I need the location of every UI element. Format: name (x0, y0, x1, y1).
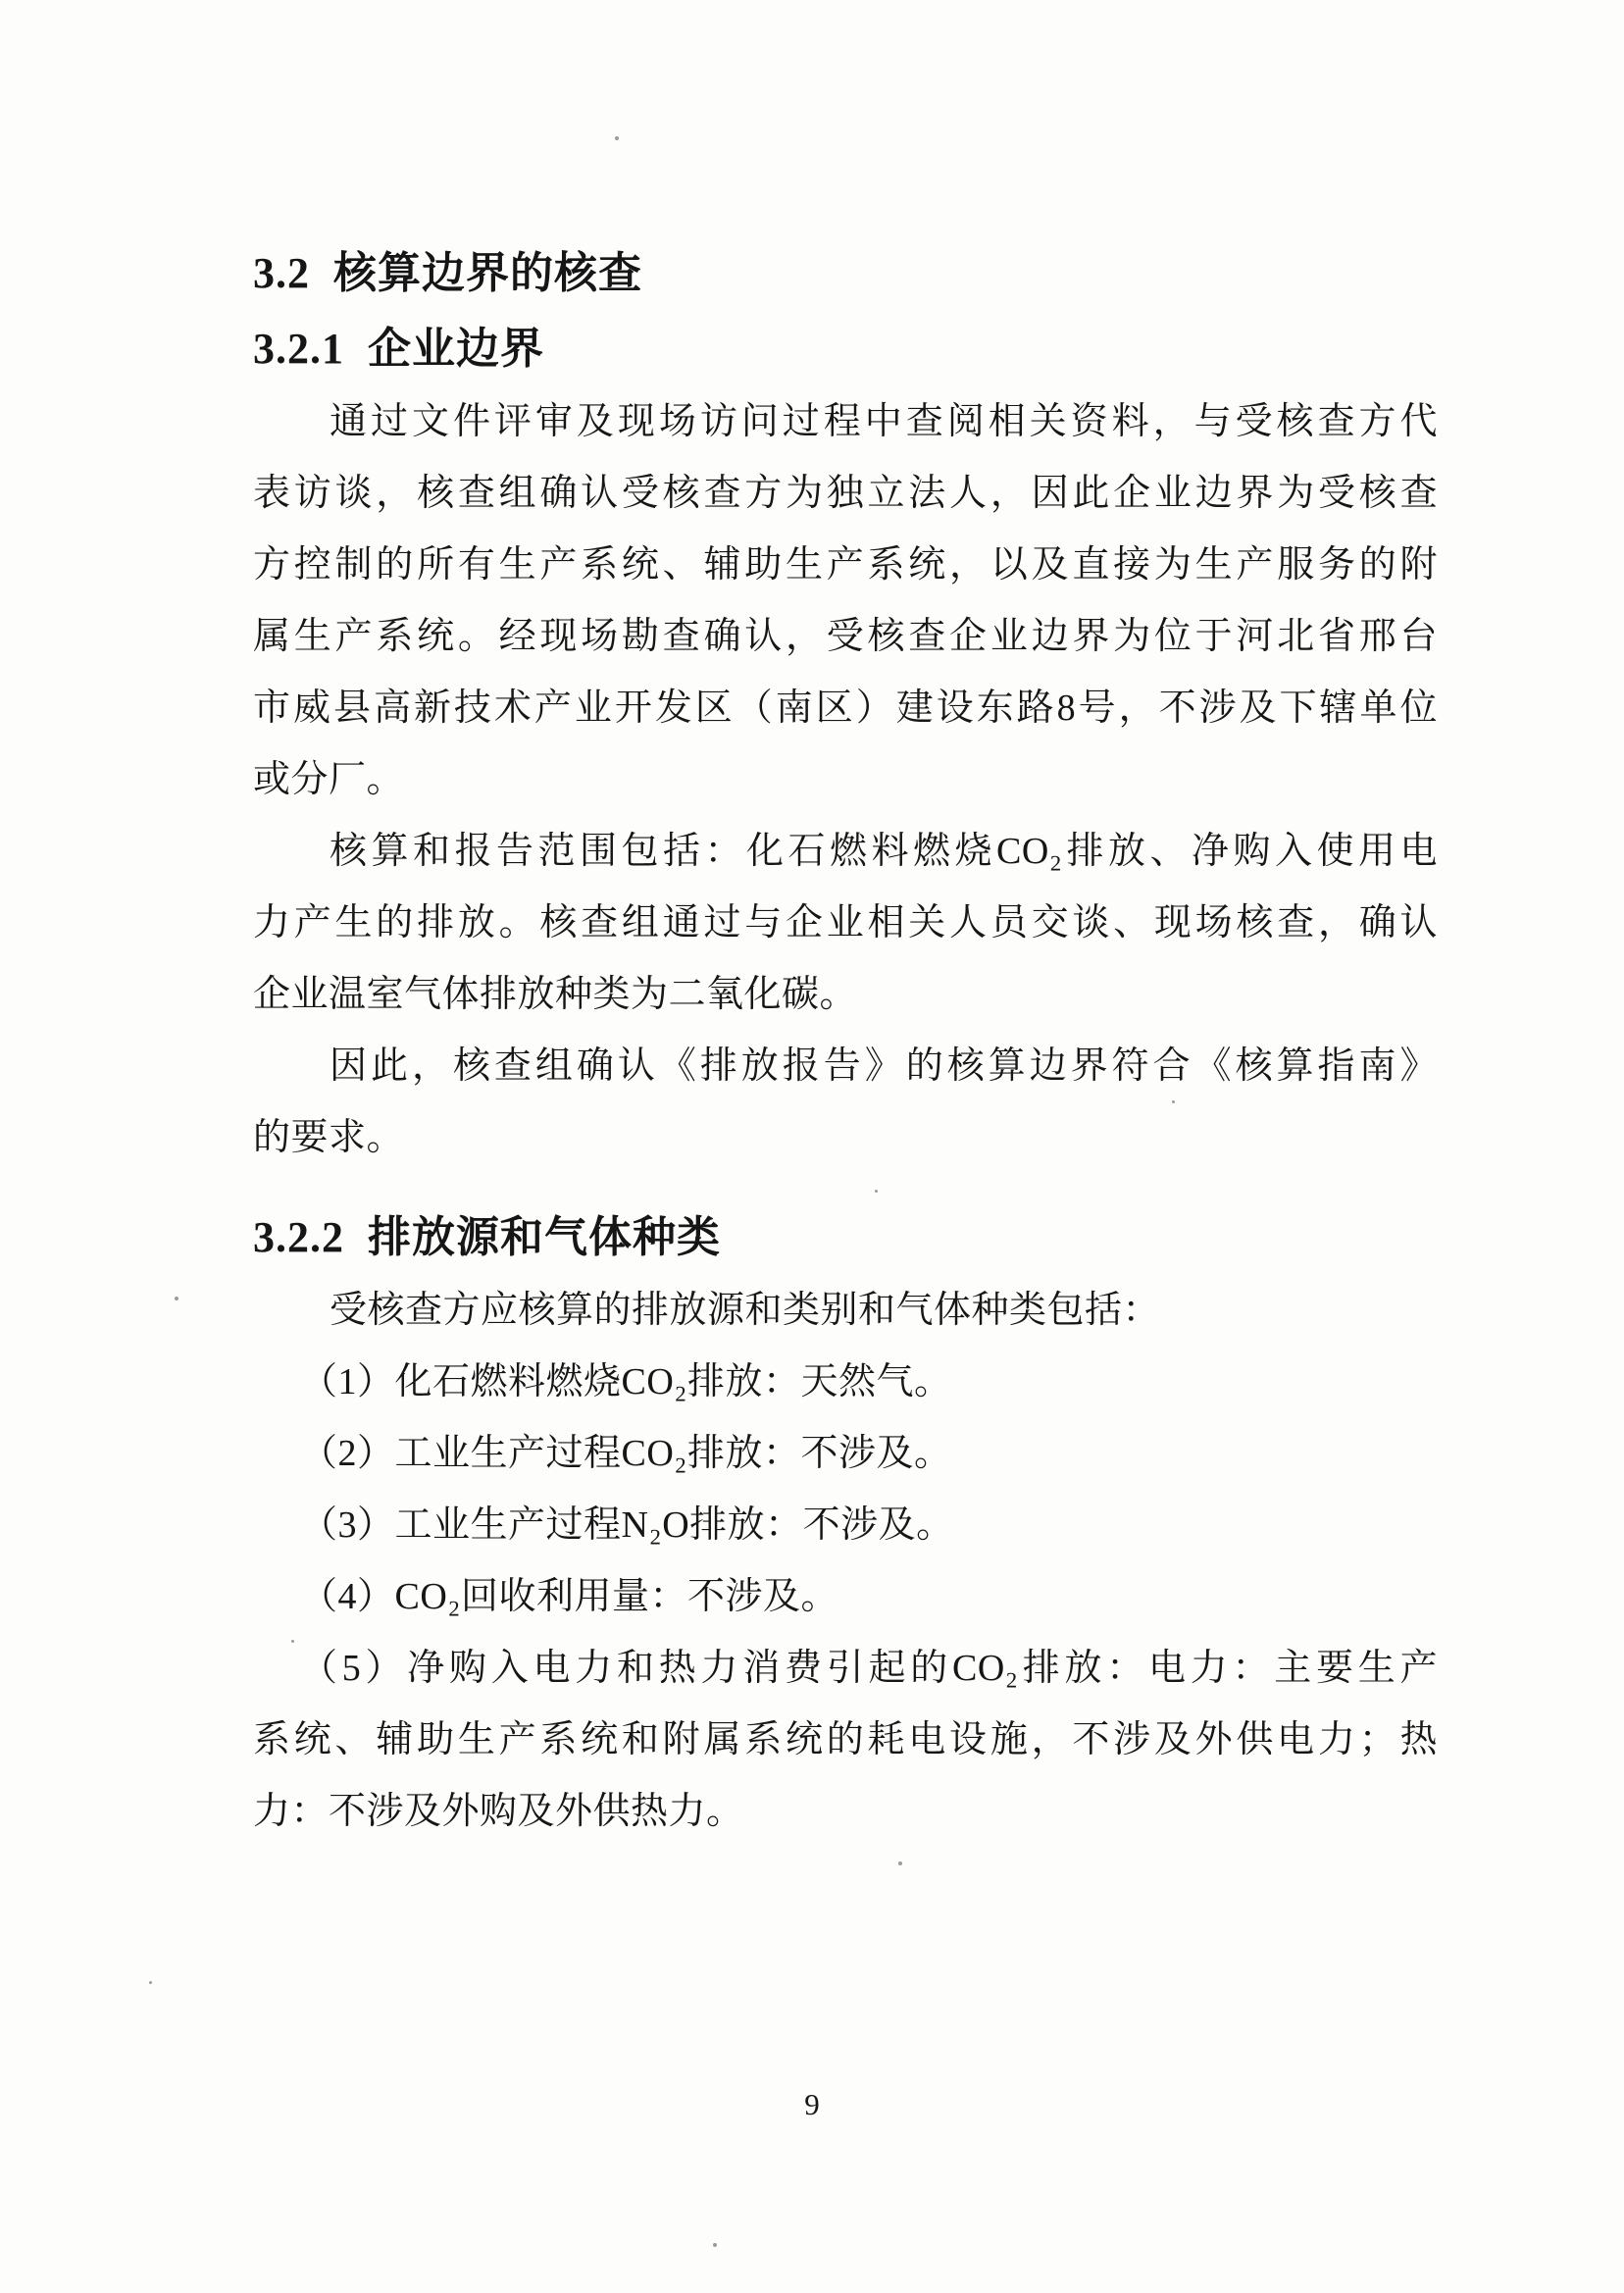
paragraph-line: 系统、辅助生产系统和附属系统的耗电设施，不涉及外供电力；热 (253, 1705, 1438, 1776)
paragraph-line: 受核查方应核算的排放源和类别和气体种类包括： (253, 1275, 1438, 1347)
paragraph-line: 因此，核查组确认《排放报告》的核算边界符合《核算指南》 (253, 1031, 1438, 1102)
scan-speck (291, 1640, 294, 1643)
paragraph-line: 力：不涉及外购及外供热力。 (253, 1776, 1438, 1848)
paragraph-line: 属生产系统。经现场勘查确认，受核查企业边界为位于河北省邢台 (253, 601, 1438, 673)
paragraph-line: 核算和报告范围包括：化石燃料燃烧CO₂排放、净购入使用电 (253, 816, 1438, 888)
scan-speck (898, 1861, 902, 1865)
list-item-2: （2）工业生产过程CO₂排放：不涉及。 (253, 1418, 1438, 1490)
list-item-4: （4）CO₂回收利用量：不涉及。 (253, 1561, 1438, 1633)
page-number: 9 (0, 2085, 1624, 2124)
scan-speck (175, 1297, 178, 1300)
heading-3-2: 3.2 核算边界的核查 (253, 235, 1438, 311)
list-item-3: （3）工业生产过程N₂O排放：不涉及。 (253, 1490, 1438, 1561)
scan-speck (875, 1190, 878, 1193)
scan-speck (1172, 1100, 1175, 1103)
scan-speck (149, 1981, 152, 1984)
scan-speck (615, 136, 619, 140)
paragraph-line: 或分厂。 (253, 744, 1438, 816)
heading-3-2-1: 3.2.1 企业边界 (253, 311, 1438, 386)
scan-speck (713, 2243, 717, 2247)
document-page: 3.2 核算边界的核查 3.2.1 企业边界 通过文件评审及现场访问过程中查阅相… (0, 0, 1624, 2293)
paragraph-line: 企业温室气体排放种类为二氧化碳。 (253, 959, 1438, 1031)
paragraph-line: 表访谈，核查组确认受核查方为独立法人，因此企业边界为受核查 (253, 458, 1438, 530)
heading-3-2-2: 3.2.2 排放源和气体种类 (253, 1199, 1438, 1275)
paragraph-line: 的要求。 (253, 1102, 1438, 1174)
paragraph-line: 力产生的排放。核查组通过与企业相关人员交谈、现场核查，确认 (253, 888, 1438, 959)
paragraph-line: 通过文件评审及现场访问过程中查阅相关资料，与受核查方代 (253, 386, 1438, 458)
paragraph-line: 方控制的所有生产系统、辅助生产系统，以及直接为生产服务的附 (253, 530, 1438, 601)
list-item-1: （1）化石燃料燃烧CO₂排放：天然气。 (253, 1347, 1438, 1418)
paragraph-line: 市威县高新技术产业开发区（南区）建设东路8号，不涉及下辖单位 (253, 673, 1438, 744)
text-block: 3.2 核算边界的核查 3.2.1 企业边界 通过文件评审及现场访问过程中查阅相… (253, 235, 1438, 1848)
list-item-5: （5）净购入电力和热力消费引起的CO₂排放：电力：主要生产 (253, 1633, 1438, 1705)
